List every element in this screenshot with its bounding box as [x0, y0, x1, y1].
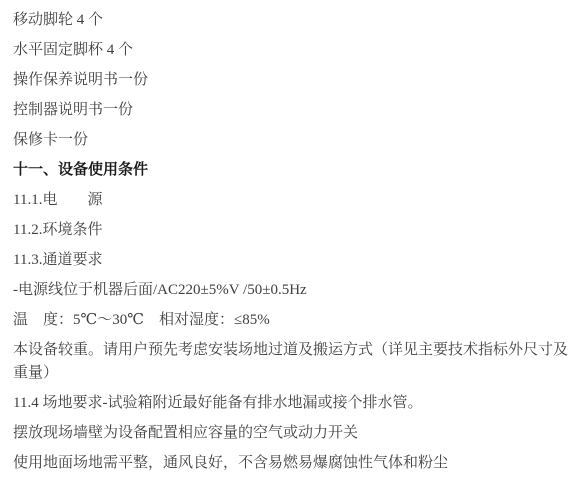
line-floor-requirements: 使用地面场地需平整，通风良好，不含易燃易爆腐蚀性气体和粉尘 [13, 452, 573, 475]
document-page: 移动脚轮 4 个 水平固定脚杯 4 个 操作保养说明书一份 控制器说明书一份 保… [0, 0, 586, 483]
line-power-cord-spec: -电源线位于机器后面/AC220±5%V /50±0.5Hz [13, 279, 573, 302]
heading-equipment-use-conditions: 十一、设备使用条件 [13, 159, 573, 182]
line-11-4-site-requirements: 11.4 场地要求-试验箱附近最好能备有排水地漏或接个排水管。 [13, 392, 573, 415]
line-11-3-access-requirements: 11.3.通道要求 [13, 249, 573, 272]
line-temperature-humidity: 温 度：5℃～30℃ 相对湿度：≤85% [13, 309, 573, 332]
line-11-1-power: 11.1.电 源 [13, 189, 573, 212]
line-operation-manual: 操作保养说明书一份 [13, 69, 573, 92]
line-warranty-card: 保修卡一份 [13, 129, 573, 152]
line-wall-power-switch: 摆放现场墙壁为设备配置相应容量的空气或动力开关 [13, 422, 573, 445]
line-controller-manual: 控制器说明书一份 [13, 99, 573, 122]
line-leveling-feet: 水平固定脚杯 4 个 [13, 39, 573, 62]
line-weight-notice: 本设备较重。请用户预先考虑安装场地过道及搬运方式（详见主要技术指标外尺寸及重量） [13, 339, 573, 385]
line-11-2-environment: 11.2.环境条件 [13, 219, 573, 242]
line-casters: 移动脚轮 4 个 [13, 9, 573, 32]
